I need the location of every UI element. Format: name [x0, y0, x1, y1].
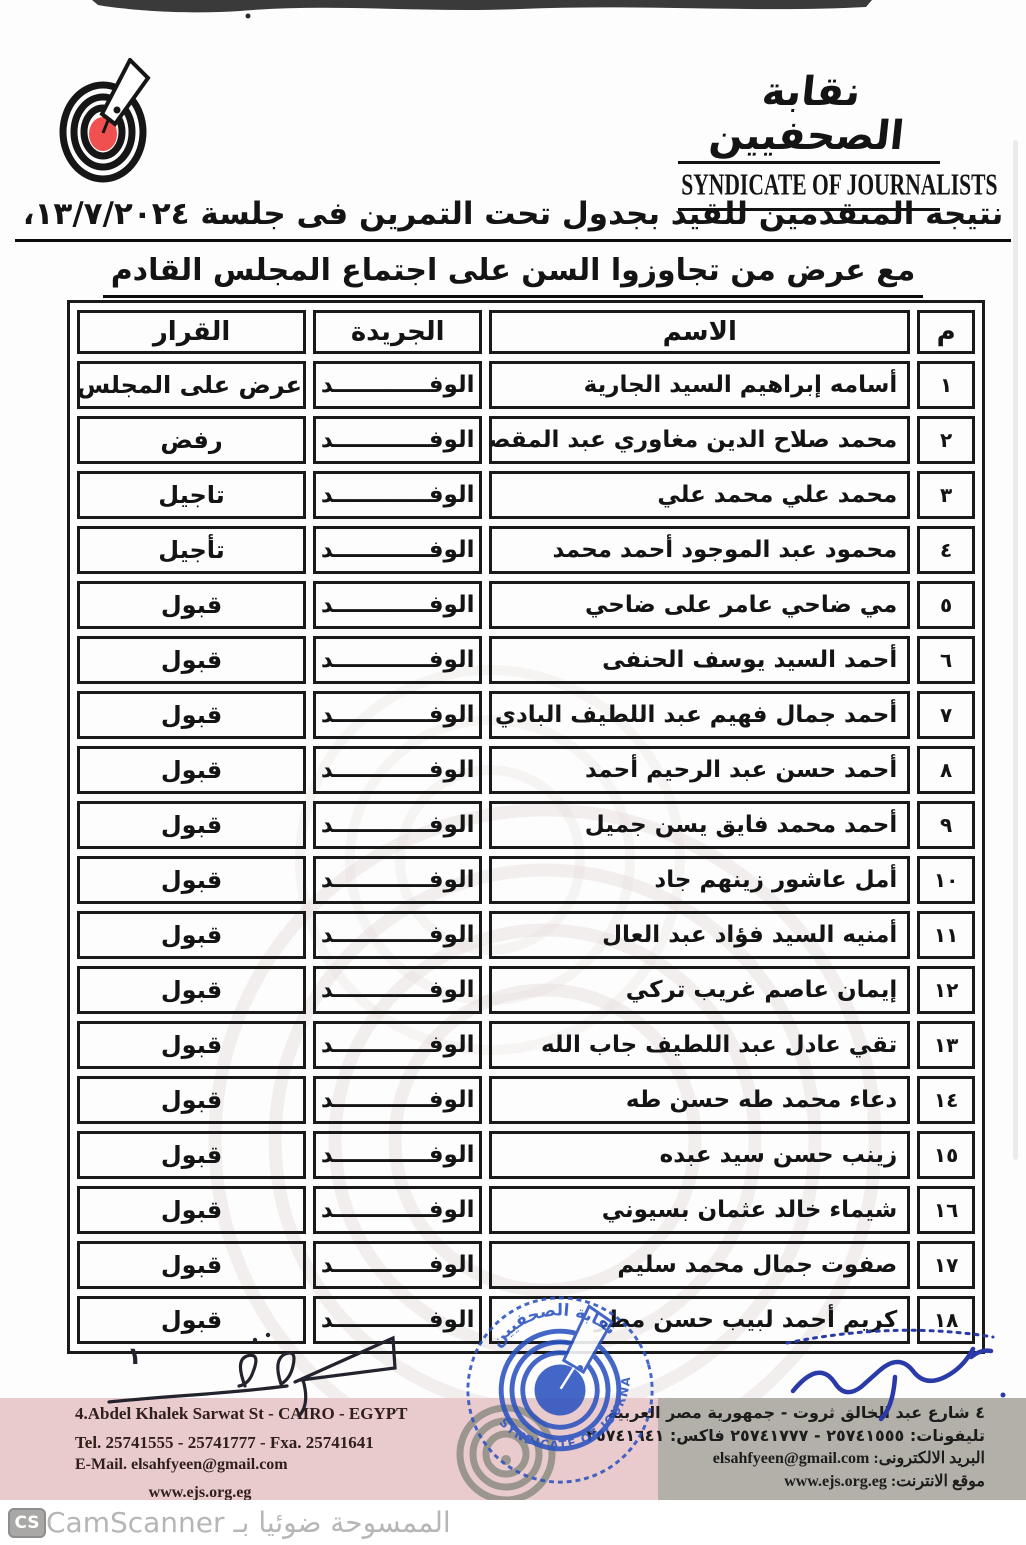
row-name: تقي عادل عبد اللطيف جاب الله [489, 1021, 910, 1069]
row-newspaper: الوفــــــــــــد [313, 581, 482, 629]
row-number: ١٣ [917, 1021, 975, 1069]
row-decision: قبول [77, 1021, 306, 1069]
row-name: أمل عاشور زينهم جاد [489, 856, 910, 904]
document-titles: نتيجة المتقدمين للقيد بجدول تحت التمرين … [0, 196, 1026, 298]
row-number: ١٤ [917, 1076, 975, 1124]
row-newspaper: الوفــــــــــــد [313, 526, 482, 574]
row-newspaper: الوفــــــــــــد [313, 966, 482, 1014]
row-number: ٣ [917, 471, 975, 519]
table-row: ١٦ شيماء خالد عثمان بسيوني الوفـــــــــ… [77, 1186, 975, 1234]
row-name: مي ضاحي عامر على ضاحي [489, 581, 910, 629]
col-header-decision: القرار [77, 310, 306, 354]
row-number: ١٢ [917, 966, 975, 1014]
row-name: محمد صلاح الدين مغاوري عبد المقصود [489, 416, 910, 464]
row-newspaper: الوفــــــــــــد [313, 1076, 482, 1124]
table-row: ١٣ تقي عادل عبد اللطيف جاب الله الوفــــ… [77, 1021, 975, 1069]
row-number: ٤ [917, 526, 975, 574]
row-number: ١٧ [917, 1241, 975, 1289]
table-row: ٥ مي ضاحي عامر على ضاحي الوفــــــــــــ… [77, 581, 975, 629]
signature-mark: ١ [127, 1342, 142, 1370]
row-number: ٥ [917, 581, 975, 629]
col-header-name: الاسم [489, 310, 910, 354]
row-name: أحمد السيد يوسف الحنفى [489, 636, 910, 684]
table-row: ١ أسامه إبراهيم السيد الجارية الوفــــــ… [77, 361, 975, 409]
row-decision: تاجيل [77, 471, 306, 519]
row-decision: قبول [77, 581, 306, 629]
table-row: ١١ أمنيه السيد فؤاد عبد العال الوفــــــ… [77, 911, 975, 959]
camscanner-cs-icon: CS [8, 1508, 46, 1538]
table-row: ٤ محمود عبد الموجود أحمد محمد الوفــــــ… [77, 526, 975, 574]
row-name: أسامه إبراهيم السيد الجارية [489, 361, 910, 409]
row-number: ٧ [917, 691, 975, 739]
applicants-table: م الاسم الجريدة القرار ١ أسامه إبراهيم ا… [67, 300, 985, 1354]
row-number: ١١ [917, 911, 975, 959]
row-name: أحمد جمال فهيم عبد اللطيف البادي [489, 691, 910, 739]
row-name: زينب حسن سيد عبده [489, 1131, 910, 1179]
row-name: دعاء محمد طه حسن طه [489, 1076, 910, 1124]
table-row: ٩ أحمد محمد فايق يسن جميل الوفــــــــــ… [77, 801, 975, 849]
table-header-row: م الاسم الجريدة القرار [77, 310, 975, 354]
camscanner-bar: CS الممسوحة ضوئيا بـ CamScanner [0, 1500, 1026, 1545]
row-decision: قبول [77, 1186, 306, 1234]
document-page: نقابة الصحفيين SYNDICATE OF JOURNALISTS … [0, 0, 1026, 1545]
row-number: ١٥ [917, 1131, 975, 1179]
row-number: ٩ [917, 801, 975, 849]
row-decision: قبول [77, 966, 306, 1014]
row-newspaper: الوفــــــــــــد [313, 911, 482, 959]
arabic-calligraphy-logo: نقابة الصحفيين [673, 70, 944, 158]
row-number: ١ [917, 361, 975, 409]
row-newspaper: الوفــــــــــــد [313, 691, 482, 739]
row-number: ٦ [917, 636, 975, 684]
address-en-phone: Tel. 25741555 - 25741777 - Fxa. 25741641 [75, 1433, 415, 1453]
table-row: ١٤ دعاء محمد طه حسن طه الوفــــــــــــد… [77, 1076, 975, 1124]
row-decision: قبول [77, 856, 306, 904]
row-number: ١٦ [917, 1186, 975, 1234]
row-name: محمد علي محمد علي [489, 471, 910, 519]
row-newspaper: الوفــــــــــــد [313, 746, 482, 794]
table-row: ١٠ أمل عاشور زينهم جاد الوفــــــــــــد… [77, 856, 975, 904]
table-row: ٢ محمد صلاح الدين مغاوري عبد المقصود الو… [77, 416, 975, 464]
table-row: ٧ أحمد جمال فهيم عبد اللطيف البادي الوفـ… [77, 691, 975, 739]
row-name: صفوت جمال محمد سليم [489, 1241, 910, 1289]
title-line-1: نتيجة المتقدمين للقيد بجدول تحت التمرين … [15, 196, 1012, 242]
row-decision: قبول [77, 636, 306, 684]
row-name: شيماء خالد عثمان بسيوني [489, 1186, 910, 1234]
row-name: أحمد حسن عبد الرحيم أحمد [489, 746, 910, 794]
row-number: ١٠ [917, 856, 975, 904]
row-name: إيمان عاصم غريب تركي [489, 966, 910, 1014]
row-decision: قبول [77, 911, 306, 959]
row-decision: تأجيل [77, 526, 306, 574]
signature-ink-left: ١ [95, 1322, 425, 1427]
col-header-newspaper: الجريدة [313, 310, 482, 354]
official-stamp: نقابة الصحفيين SYNDICATE OF JOURNALISTS [462, 1292, 658, 1488]
row-decision: قبول [77, 691, 306, 739]
syndicate-target-logo-icon [58, 58, 154, 188]
row-number: ٨ [917, 746, 975, 794]
table-row: ١٥ زينب حسن سيد عبده الوفــــــــــــد ق… [77, 1131, 975, 1179]
row-decision: قبول [77, 801, 306, 849]
row-newspaper: الوفــــــــــــد [313, 1186, 482, 1234]
title-line-2: مع عرض من تجاوزوا السن على اجتماع المجلس… [103, 253, 924, 298]
row-decision: رفض [77, 416, 306, 464]
table-row: ١٧ صفوت جمال محمد سليم الوفــــــــــــد… [77, 1241, 975, 1289]
row-number: ٢ [917, 416, 975, 464]
signature-ink-blue [775, 1325, 1010, 1425]
table-row: ٣ محمد علي محمد علي الوفــــــــــــد تا… [77, 471, 975, 519]
row-decision: قبول [77, 1131, 306, 1179]
row-name: أمنيه السيد فؤاد عبد العال [489, 911, 910, 959]
row-newspaper: الوفــــــــــــد [313, 416, 482, 464]
brand-rule-top [678, 161, 940, 164]
address-en-email: E-Mail. elsahfyeen@gmail.com [75, 1456, 415, 1474]
row-newspaper: الوفــــــــــــد [313, 471, 482, 519]
row-newspaper: الوفــــــــــــد [313, 1131, 482, 1179]
row-newspaper: الوفــــــــــــد [313, 801, 482, 849]
table-row: ١٢ إيمان عاصم غريب تركي الوفــــــــــــ… [77, 966, 975, 1014]
table-row: ٨ أحمد حسن عبد الرحيم أحمد الوفـــــــــ… [77, 746, 975, 794]
row-newspaper: الوفــــــــــــد [313, 361, 482, 409]
row-newspaper: الوفــــــــــــد [313, 1021, 482, 1069]
row-decision: عرض على المجلس [77, 361, 306, 409]
row-newspaper: الوفــــــــــــد [313, 636, 482, 684]
row-decision: قبول [77, 1076, 306, 1124]
row-newspaper: الوفــــــــــــد [313, 1241, 482, 1289]
row-decision: قبول [77, 746, 306, 794]
camscanner-watermark-text: الممسوحة ضوئيا بـ CamScanner [46, 1506, 461, 1539]
page-edge-shadow [1013, 140, 1018, 1160]
table-row: ٦ أحمد السيد يوسف الحنفى الوفـــــــــــ… [77, 636, 975, 684]
row-newspaper: الوفــــــــــــد [313, 856, 482, 904]
row-name: محمود عبد الموجود أحمد محمد [489, 526, 910, 574]
col-header-number: م [917, 310, 975, 354]
row-decision: قبول [77, 1241, 306, 1289]
row-name: أحمد محمد فايق يسن جميل [489, 801, 910, 849]
brand-block: نقابة الصحفيين SYNDICATE OF JOURNALISTS [678, 70, 940, 213]
